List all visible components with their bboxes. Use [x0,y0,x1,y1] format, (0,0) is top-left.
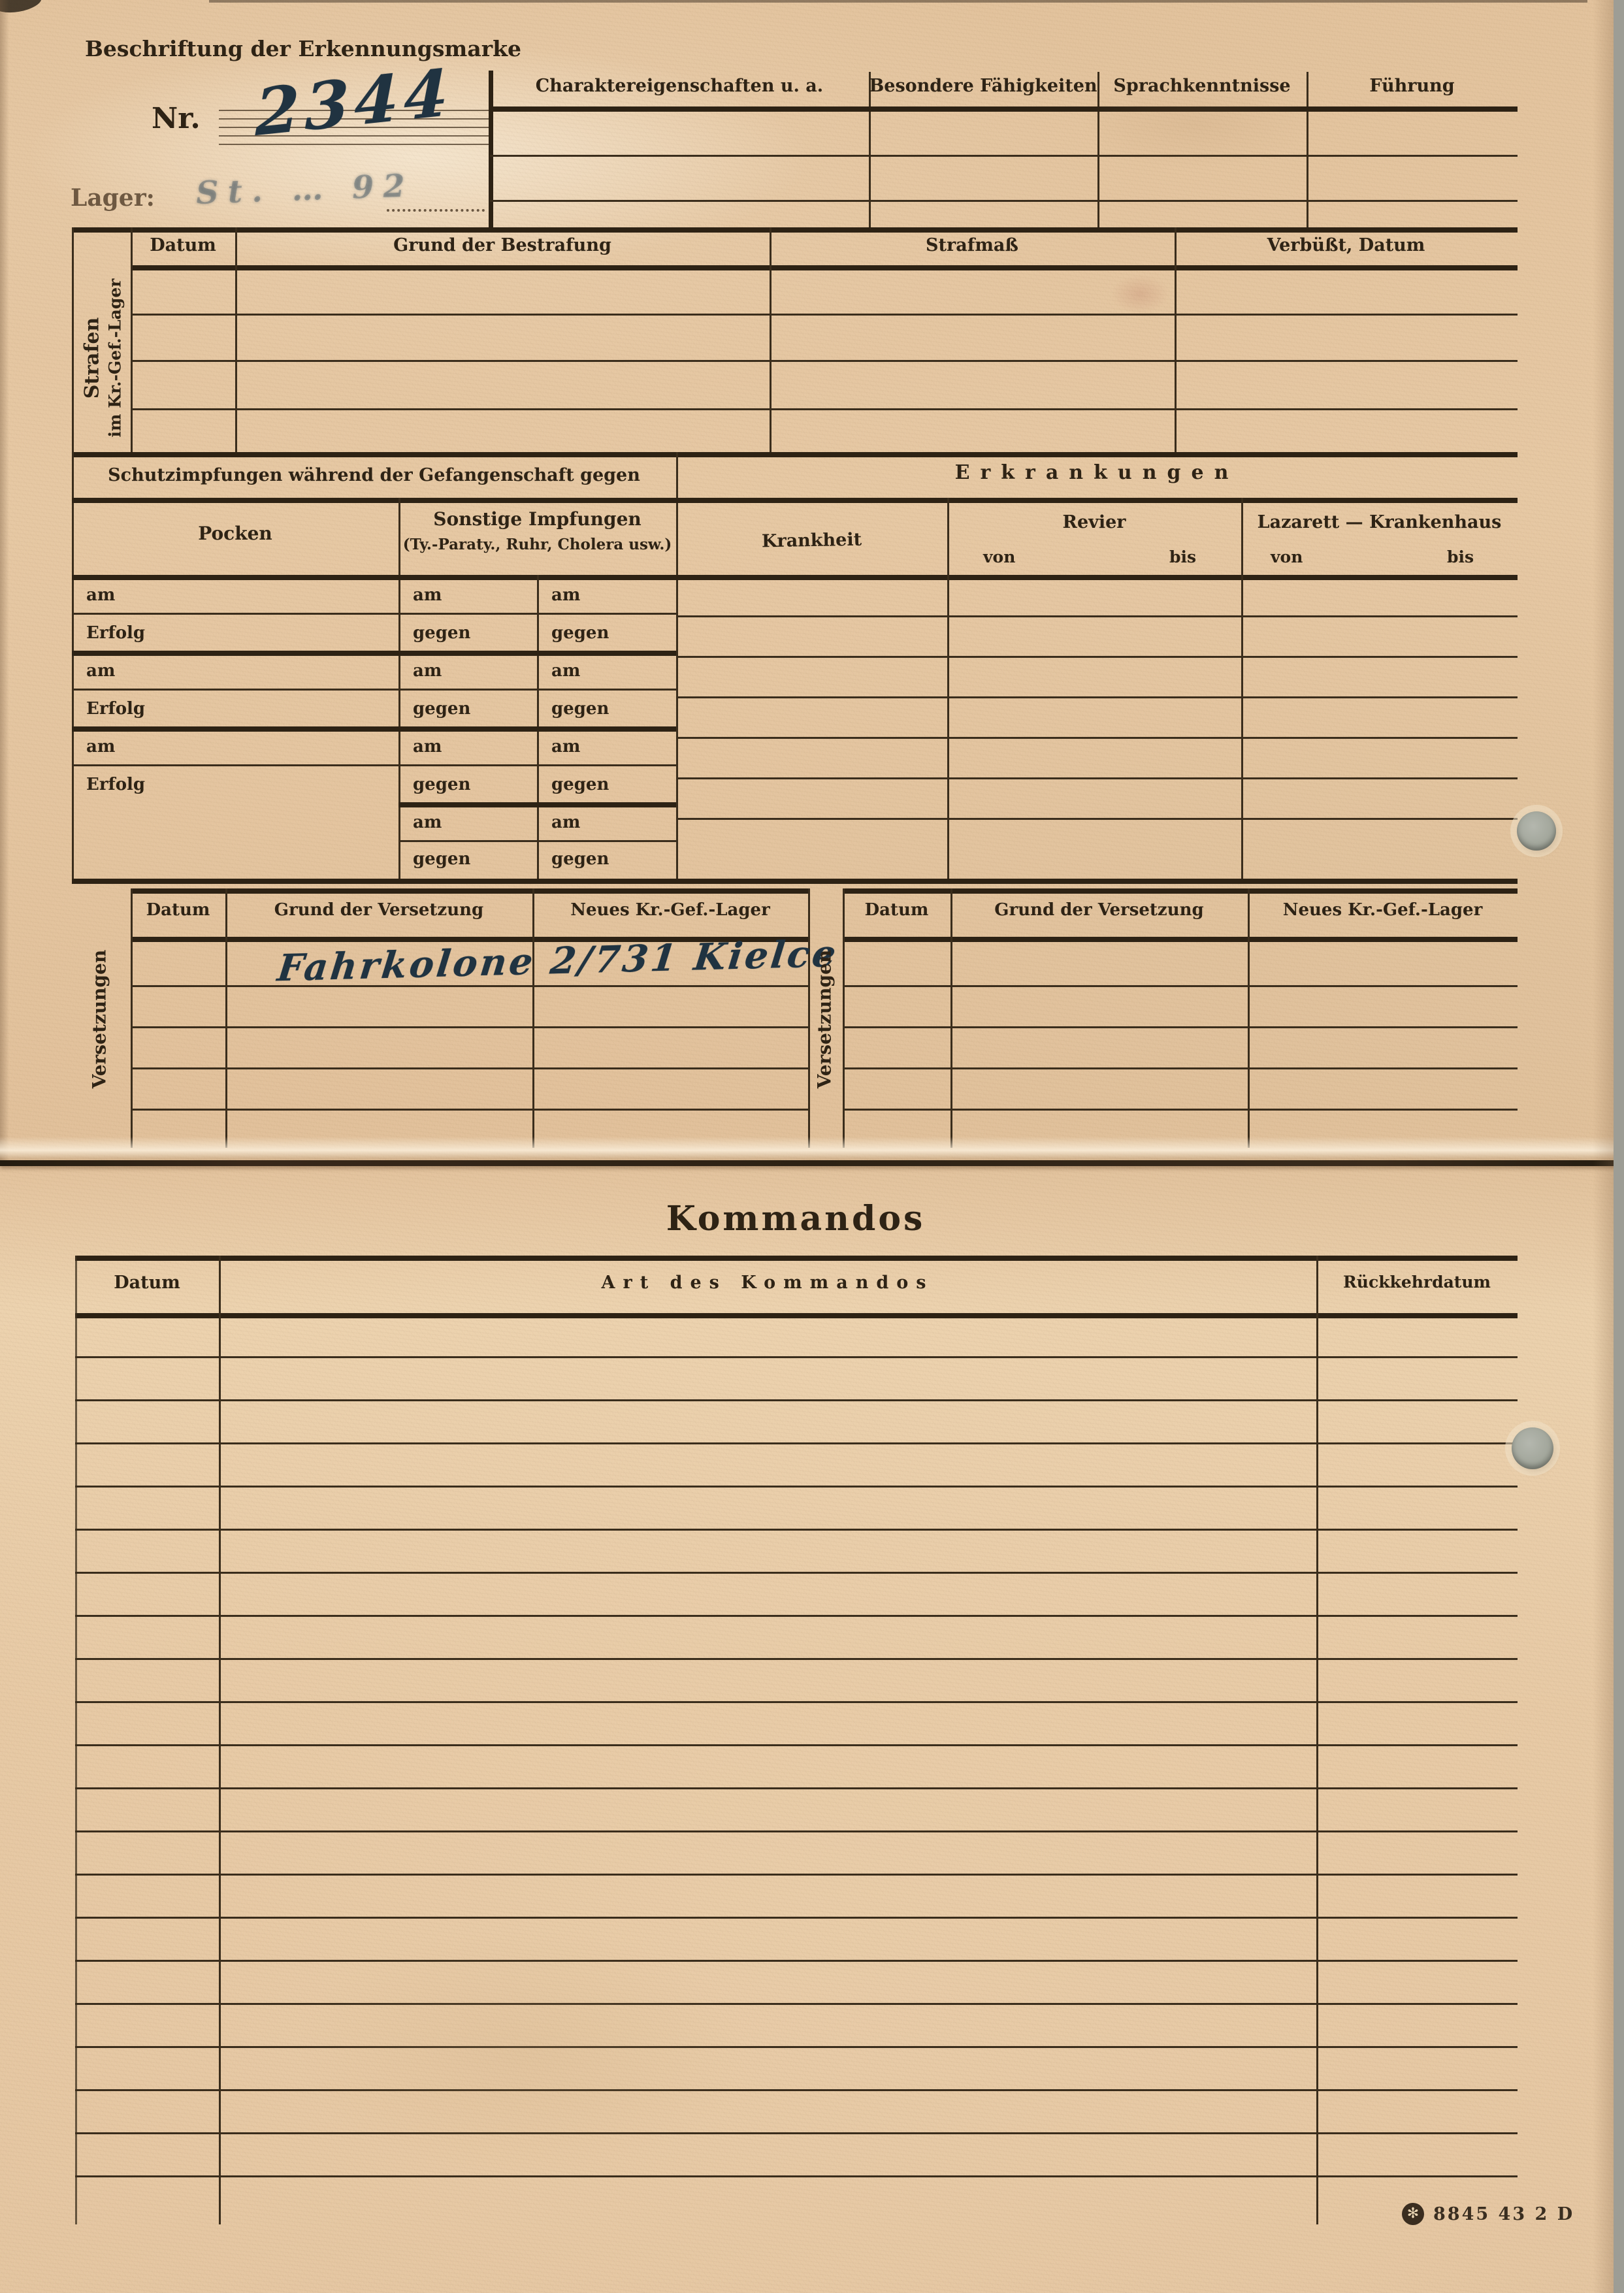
kommandos-row-line [75,1744,1518,1746]
grid-line-h [72,651,676,656]
grid-line-h [131,1109,808,1111]
grid-line-h [676,615,1518,617]
grid-line-v [676,452,678,879]
fold-crease [0,1137,1624,1162]
vacc-gegen-label: gegen [551,849,609,869]
vacc-erfolg-label: Erfolg [86,699,145,719]
grid-line-h [490,155,1518,157]
grid-line-v [1175,227,1177,452]
col-header-sonstige-line2: (Ty.-Paraty., Ruhr, Cholera usw.) [398,536,676,553]
grid-line-v [947,498,949,879]
paper-stain [1111,274,1169,314]
grid-line-h [490,200,1518,202]
col-header-datum: Datum [75,1273,219,1293]
vacc-gegen-label: gegen [551,775,609,794]
grid-line-h [72,726,676,732]
kommandos-row-line [75,1529,1518,1531]
lazarett-von-label: von [1271,547,1303,566]
grid-line-h [676,737,1518,739]
illnesses-title: Erkrankungen [676,461,1518,484]
kommandos-row-line [75,1701,1518,1703]
tag-number-handwritten: 2344 [255,55,453,151]
col-header-lazarett: Lazarett — Krankenhaus [1241,512,1518,532]
grid-line-v [1248,888,1250,1148]
transfers-side-label: Versetzungen [89,950,110,1089]
grid-line-h [72,879,1518,884]
grid-line-v [235,227,237,452]
vacc-gegen-label: gegen [413,699,470,719]
col-header-datum: Datum [843,900,950,920]
kommandos-row-line [75,1615,1518,1617]
grid-line-h [843,985,1518,987]
grid-line-h [75,1256,1518,1261]
vacc-am-label: am [551,661,580,681]
col-header-pocken: Pocken [72,523,398,544]
col-header-grund-versetzung: Grund der Versetzung [950,900,1248,920]
scanner-background-strip [1614,0,1624,2293]
vacc-am-label: am [413,585,442,605]
kommandos-row-line [75,2003,1518,2005]
hole-punch [1512,1427,1553,1469]
grid-line-h [72,227,1518,233]
grid-line-h [131,985,808,987]
grid-line-h [131,1067,808,1069]
vacc-am-label: am [551,585,580,605]
vaccinations-title: Schutzimpfungen während der Gefangenscha… [72,465,676,485]
col-header-verbuesst: Verbüßt, Datum [1175,235,1518,255]
scan-top-edge [209,0,1587,3]
vacc-am-label: am [86,661,115,681]
punishments-side-label-line1: Strafen [80,279,105,438]
lazarett-bis-label: bis [1447,547,1474,566]
kommandos-title: Kommandos [534,1199,1057,1239]
grid-line-h [676,777,1518,779]
kommandos-row-line [75,2046,1518,2048]
col-header-grund-versetzung: Grund der Versetzung [225,900,532,920]
kommandos-row-line [75,1658,1518,1660]
vacc-am-label: am [551,737,580,756]
kommandos-row-line [75,1442,1518,1444]
paper-right-edge-shade [1593,0,1615,2293]
vacc-gegen-label: gegen [413,849,470,869]
paper-stain [294,1927,751,2175]
grid-line-h [843,888,1518,894]
grid-line-h [72,764,676,766]
col-header-art-kommandos: Art des Kommandos [219,1273,1316,1293]
vacc-am-label: am [413,737,442,756]
grid-line-h [843,1026,1518,1028]
col-header-sprachen: Sprachkenntnisse [1097,76,1307,96]
grid-line-h [72,613,676,615]
grid-line-h [131,265,1518,270]
vacc-erfolg-label: Erfolg [86,623,145,643]
grid-line-v [72,227,74,452]
vacc-am-label: am [413,813,442,832]
vacc-am-label: am [86,585,115,605]
grid-line-h [490,106,1518,112]
transfers-side-label: Versetzungen [814,950,836,1089]
grid-line-h [843,1109,1518,1111]
kommandos-row-line [75,1917,1518,1919]
grid-line-h [676,696,1518,698]
grid-line-v [532,888,534,1148]
vacc-am-label: am [413,661,442,681]
revier-von-label: von [983,547,1015,566]
kommandos-row-line [75,1399,1518,1401]
kommandos-row-line [75,1486,1518,1488]
grid-line-h [843,1067,1518,1069]
col-header-datum: Datum [131,235,235,255]
lager-dotted-line [387,196,485,212]
grid-line-h [72,498,1518,503]
col-header-strafmass: Strafmaß [770,235,1175,255]
kommandos-row-line [75,2089,1518,2091]
lager-label: Lager: [71,184,155,212]
grid-line-v [225,888,227,1148]
grid-line-v [770,227,771,452]
punishments-side-label: Strafen im Kr.-Gef.-Lager [80,279,125,438]
print-code: ✻ 8845 43 2 D [1402,2203,1574,2225]
kommandos-row-line [75,1830,1518,1832]
tag-title: Beschriftung der Erkennungsmarke [85,36,464,61]
kommandos-row-line [75,1572,1518,1574]
nr-label: Nr. [152,102,201,135]
print-code-text: 8845 43 2 D [1433,2204,1574,2224]
grid-line-v [1241,498,1243,879]
kommandos-row-line [75,2132,1518,2134]
col-header-fuehrung: Führung [1307,76,1518,96]
printers-mark-icon: ✻ [1402,2203,1424,2225]
col-header-krankheit: Krankheit [676,528,947,553]
col-header-grund-bestrafung: Grund der Bestrafung [235,235,770,255]
grid-line-h [72,689,676,691]
vacc-gegen-label: gegen [413,775,470,794]
kommandos-row-line [75,1960,1518,1962]
vacc-gegen-label: gegen [413,623,470,643]
hole-punch [1517,811,1556,851]
vacc-gegen-label: gegen [551,623,609,643]
grid-line-h [131,408,1518,410]
kommandos-row-line [75,1874,1518,1876]
col-header-revier: Revier [947,512,1241,532]
punishments-side-label-line2: im Kr.-Gef.-Lager [105,279,125,438]
grid-line-h [72,452,1518,457]
personalkarte-back-scan: Beschriftung der Erkennungsmarke Nr. 234… [0,0,1624,2293]
vacc-gegen-label: gegen [551,699,609,719]
grid-line-h [131,1026,808,1028]
grid-line-h [676,656,1518,658]
grid-line-h [676,818,1518,820]
grid-line-v [843,888,845,1148]
grid-line-h [131,314,1518,316]
grid-line-v [131,227,133,452]
grid-line-v [808,888,810,1148]
col-header-neues-lager: Neues Kr.-Gef.-Lager [1248,900,1518,920]
grid-line-h [131,888,808,894]
grid-line-h [843,937,1518,942]
kommandos-row-line [75,1787,1518,1789]
grid-line-v [950,888,952,1148]
grid-line-h [75,1313,1518,1318]
grid-line-v [131,888,133,1148]
col-header-rueckkehrdatum: Rückkehrdatum [1316,1273,1518,1292]
grid-line-h [72,575,1518,580]
kommandos-row-line [75,2175,1518,2177]
col-header-faehigkeiten: Besondere Fähigkeiten [869,76,1097,96]
grid-line-h [398,802,676,807]
lager-value-faded: St. … 92 [195,167,415,212]
col-header-neues-lager: Neues Kr.-Gef.-Lager [532,900,808,920]
fold-edge-line [0,1160,1624,1166]
col-header-sonstige-line1: Sonstige Impfungen [398,508,676,530]
col-header-charakter: Charaktereigenschaften u. a. [490,76,869,96]
vacc-erfolg-label: Erfolg [86,775,145,794]
left-edge-shade [0,0,9,1162]
kommandos-row-line [75,1356,1518,1358]
revier-bis-label: bis [1169,547,1196,566]
grid-line-h [131,360,1518,362]
col-header-datum: Datum [131,900,225,920]
grid-line-v [72,452,74,879]
grid-line-h [398,840,676,842]
vacc-am-label: am [86,737,115,756]
vacc-am-label: am [551,813,580,832]
